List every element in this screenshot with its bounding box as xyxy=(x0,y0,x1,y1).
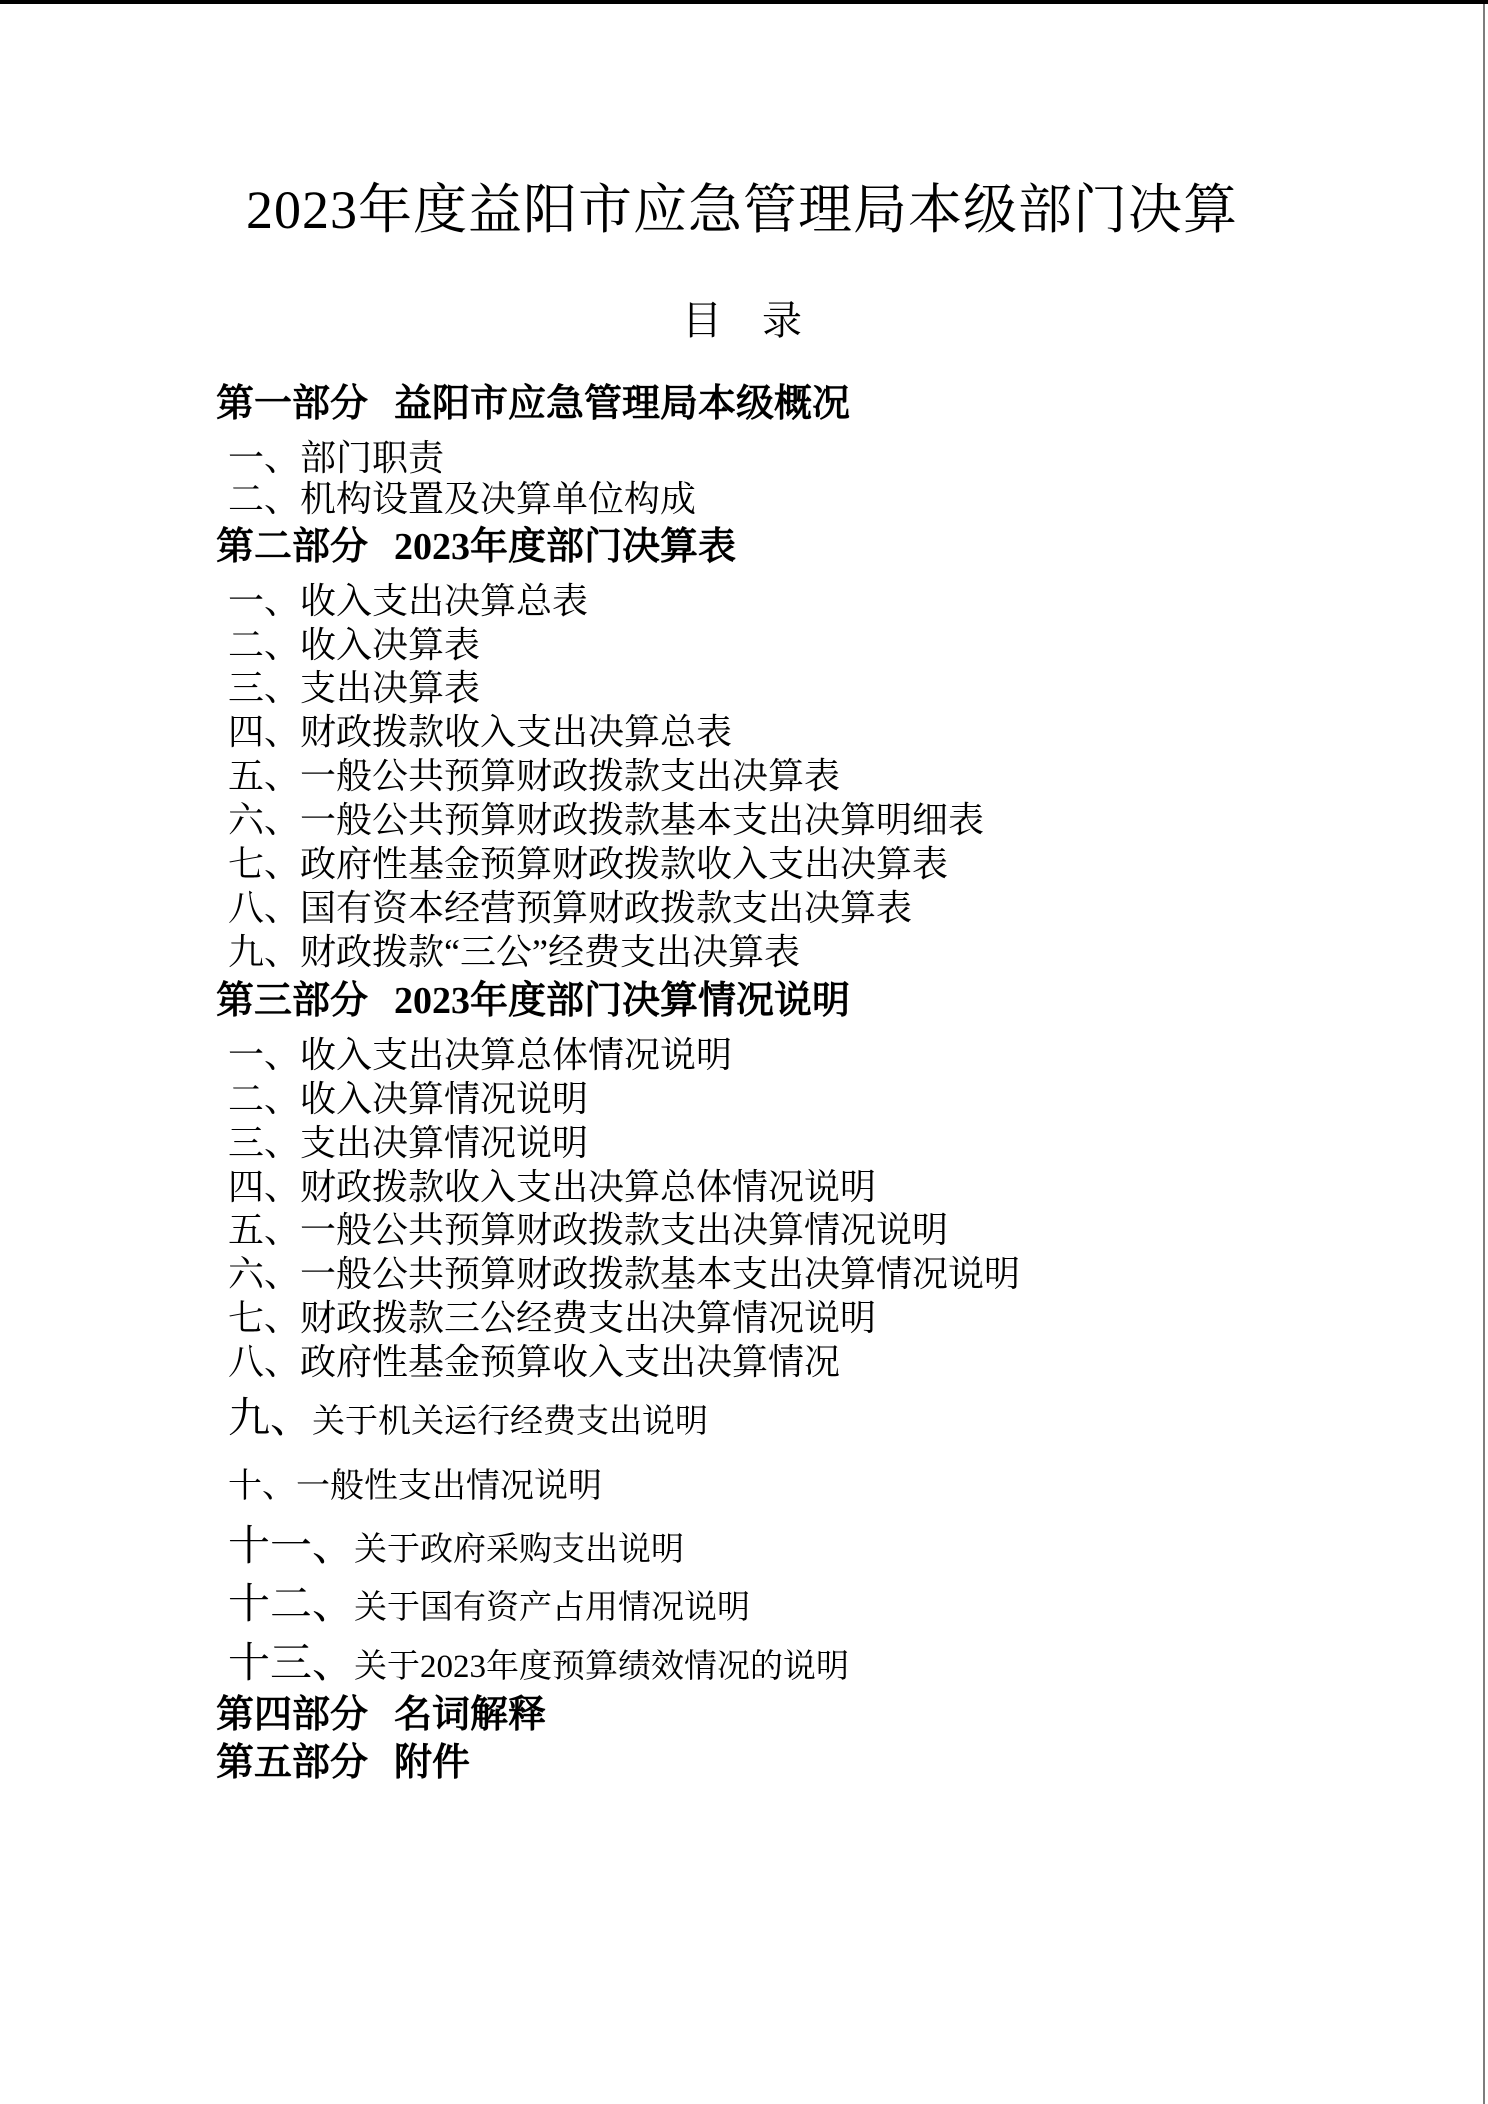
item-text: 一般性支出情况说明 xyxy=(296,1468,602,1505)
toc-item: 六、一般公共预算财政拨款基本支出决算情况说明 xyxy=(228,1256,1020,1292)
toc-item: 二、收入决算表 xyxy=(228,627,480,663)
item-text: 一般公共预算财政拨款基本支出决算明细表 xyxy=(300,800,984,840)
item-number: 八、 xyxy=(228,888,300,928)
section-number: 第四部分 xyxy=(216,1694,368,1736)
item-text: 部门职责 xyxy=(300,438,444,478)
toc-item: 五、一般公共预算财政拨款支出决算表 xyxy=(228,758,840,794)
item-text: 关于机关运行经费支出说明 xyxy=(312,1404,708,1440)
toc-item: 二、收入决算情况说明 xyxy=(228,1081,588,1117)
document-title: 2023年度益阳市应急管理局本级部门决算 xyxy=(0,183,1484,237)
toc-section-heading: 第二部分2023年度部门决算表 xyxy=(216,528,736,566)
item-text: 政府性基金预算财政拨款收入支出决算表 xyxy=(300,844,948,884)
toc-item: 八、国有资本经营预算财政拨款支出决算表 xyxy=(228,890,912,926)
toc-item: 一、收入支出决算总表 xyxy=(228,583,588,619)
item-text: 关于2023年度预算绩效情况的说明 xyxy=(354,1649,849,1685)
item-number: 十、 xyxy=(228,1468,296,1505)
item-number: 十二、 xyxy=(228,1582,354,1628)
item-text: 收入决算情况说明 xyxy=(300,1079,588,1119)
item-text: 一般公共预算财政拨款支出决算情况说明 xyxy=(300,1210,948,1250)
section-title: 2023年度部门决算表 xyxy=(394,526,736,568)
toc-item: 三、支出决算表 xyxy=(228,670,480,706)
section-title: 名词解释 xyxy=(394,1694,546,1736)
item-number: 九、 xyxy=(228,932,300,972)
section-title: 2023年度部门决算情况说明 xyxy=(394,980,850,1022)
item-number: 二、 xyxy=(228,625,300,665)
toc-section-heading: 第三部分2023年度部门决算情况说明 xyxy=(216,982,850,1020)
item-number: 三、 xyxy=(228,1123,300,1163)
item-number: 十三、 xyxy=(228,1641,354,1687)
item-number: 三、 xyxy=(228,668,300,708)
toc-section-heading: 第一部分益阳市应急管理局本级概况 xyxy=(216,385,850,423)
toc-item: 十一、关于政府采购支出说明 xyxy=(228,1526,684,1568)
item-text: 机构设置及决算单位构成 xyxy=(300,479,696,519)
toc-item: 九、财政拨款“三公”经费支出决算表 xyxy=(228,934,800,970)
item-number: 二、 xyxy=(228,1079,300,1119)
section-title: 益阳市应急管理局本级概况 xyxy=(394,383,850,425)
item-text: 财政拨款收入支出决算总表 xyxy=(300,712,732,752)
item-text: 财政拨款收入支出决算总体情况说明 xyxy=(300,1167,876,1207)
item-text: 关于政府采购支出说明 xyxy=(354,1532,684,1568)
toc-item: 三、支出决算情况说明 xyxy=(228,1125,588,1161)
toc-item: 十二、关于国有资产占用情况说明 xyxy=(228,1584,750,1626)
item-number: 十一、 xyxy=(228,1524,354,1570)
item-number: 八、 xyxy=(228,1342,300,1382)
item-text: 一般公共预算财政拨款支出决算表 xyxy=(300,756,840,796)
item-number: 四、 xyxy=(228,712,300,752)
item-text: 一般公共预算财政拨款基本支出决算情况说明 xyxy=(300,1254,1020,1294)
item-number: 六、 xyxy=(228,800,300,840)
section-title: 附件 xyxy=(394,1742,470,1784)
toc-item: 七、财政拨款三公经费支出决算情况说明 xyxy=(228,1300,876,1336)
toc-section-heading: 第五部分附件 xyxy=(216,1744,470,1782)
item-number: 四、 xyxy=(228,1167,300,1207)
item-number: 一、 xyxy=(228,1035,300,1075)
toc-item: 四、财政拨款收入支出决算总表 xyxy=(228,714,732,750)
item-number: 五、 xyxy=(228,1210,300,1250)
item-number: 七、 xyxy=(228,844,300,884)
item-text: 支出决算表 xyxy=(300,668,480,708)
item-text: 收入决算表 xyxy=(300,625,480,665)
toc-item: 十、一般性支出情况说明 xyxy=(228,1470,602,1504)
toc-item: 五、一般公共预算财政拨款支出决算情况说明 xyxy=(228,1212,948,1248)
item-number: 一、 xyxy=(228,581,300,621)
item-text: 财政拨款“三公”经费支出决算表 xyxy=(300,932,800,972)
item-text: 关于国有资产占用情况说明 xyxy=(354,1590,750,1626)
toc-item: 一、部门职责 xyxy=(228,440,444,476)
item-text: 财政拨款三公经费支出决算情况说明 xyxy=(300,1298,876,1338)
section-number: 第五部分 xyxy=(216,1742,368,1784)
section-number: 第三部分 xyxy=(216,980,368,1022)
item-text: 收入支出决算总表 xyxy=(300,581,588,621)
section-number: 第二部分 xyxy=(216,526,368,568)
item-text: 收入支出决算总体情况说明 xyxy=(300,1035,732,1075)
item-text: 支出决算情况说明 xyxy=(300,1123,588,1163)
toc-item: 六、一般公共预算财政拨款基本支出决算明细表 xyxy=(228,802,984,838)
section-number: 第一部分 xyxy=(216,383,368,425)
item-text: 政府性基金预算收入支出决算情况 xyxy=(300,1342,840,1382)
toc-item: 二、机构设置及决算单位构成 xyxy=(228,481,696,517)
item-number: 九、 xyxy=(228,1396,312,1442)
item-text: 国有资本经营预算财政拨款支出决算表 xyxy=(300,888,912,928)
item-number: 五、 xyxy=(228,756,300,796)
toc-item: 四、财政拨款收入支出决算总体情况说明 xyxy=(228,1169,876,1205)
item-number: 七、 xyxy=(228,1298,300,1338)
item-number: 六、 xyxy=(228,1254,300,1294)
item-number: 一、 xyxy=(228,438,300,478)
toc-heading: 目 录 xyxy=(0,301,1484,341)
toc-section-heading: 第四部分名词解释 xyxy=(216,1696,546,1734)
item-number: 二、 xyxy=(228,479,300,519)
toc-item: 十三、关于2023年度预算绩效情况的说明 xyxy=(228,1643,849,1685)
toc-item: 九、关于机关运行经费支出说明 xyxy=(228,1398,708,1440)
toc-item: 八、政府性基金预算收入支出决算情况 xyxy=(228,1344,840,1380)
toc-item: 七、政府性基金预算财政拨款收入支出决算表 xyxy=(228,846,948,882)
toc-item: 一、收入支出决算总体情况说明 xyxy=(228,1037,732,1073)
scan-top-border xyxy=(0,0,1488,4)
